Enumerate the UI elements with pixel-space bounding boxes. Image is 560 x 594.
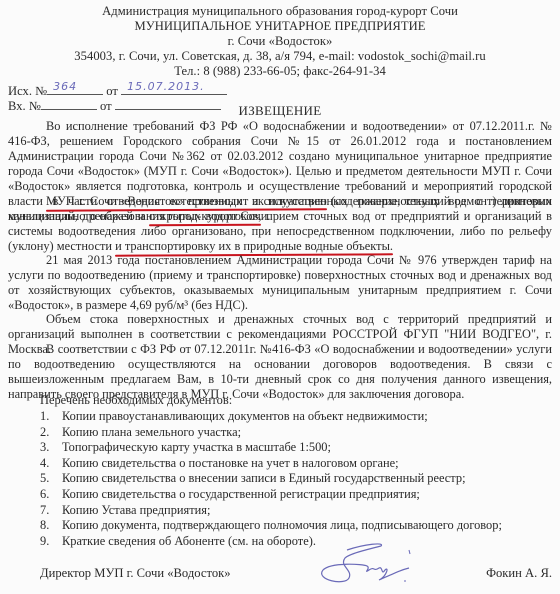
document-list-item: 2.Копию плана земельного участка;	[40, 425, 502, 441]
list-item-text: Копию документа, подтверждающего полномо…	[62, 518, 502, 534]
outgoing-date-field: 15.07.2013.	[121, 82, 227, 95]
list-item-text: Копию свидетельства о государственной ре…	[62, 487, 420, 503]
outgoing-label: Исх. №	[8, 84, 47, 98]
header-enterprise-name: г. Сочи «Водосток»	[0, 34, 560, 49]
document-list-item: 7.Копию Устава предприятия;	[40, 503, 502, 519]
underlined-phrase: и транспортировку их в природные водные …	[115, 239, 393, 253]
documents-heading: Перечень необходимых документов:	[40, 393, 232, 408]
document-list-item: 9.Краткие сведения об Абоненте (см. на о…	[40, 534, 502, 550]
list-item-number: 1.	[40, 409, 62, 425]
signatory-position: Директор МУП г. Сочи «Водосток»	[40, 566, 231, 581]
list-item-number: 3.	[40, 440, 62, 456]
document-list-item: 8.Копию документа, подтверждающего полно…	[40, 518, 502, 534]
underlined-phrase: открытых водотоков,	[149, 209, 261, 223]
document-list-item: 5.Копию свидетельства о внесении записи …	[40, 471, 502, 487]
list-item-number: 7.	[40, 503, 62, 519]
header-address: 354003, г. Сочи, ул. Советская, д. 38, а…	[0, 49, 560, 64]
document-title: ИЗВЕЩЕНИЕ	[0, 103, 560, 119]
documents-list: 1.Копии правоустанавливающих документов …	[40, 409, 502, 549]
list-item-number: 2.	[40, 425, 62, 441]
list-item-number: 5.	[40, 471, 62, 487]
signature-icon	[305, 536, 415, 588]
outgoing-from-label: от	[106, 84, 118, 98]
list-item-number: 8.	[40, 518, 62, 534]
list-item-text: Топографическую карту участка в масштабе…	[62, 440, 331, 456]
list-item-text: Краткие сведения об Абоненте (см. на обо…	[62, 534, 316, 550]
list-item-number: 6.	[40, 487, 62, 503]
underlined-phrase: МУП г. Сочи «Водосток» производит эксплу…	[46, 194, 327, 208]
document-list-item: 1.Копии правоустанавливающих документов …	[40, 409, 502, 425]
outgoing-number: 364	[53, 79, 77, 94]
paragraph-operations: МУП г. Сочи «Водосток» производит эксплу…	[8, 194, 552, 254]
document-list-item: 6.Копию свидетельства о государственной …	[40, 487, 502, 503]
list-item-text: Копию плана земельного участка;	[62, 425, 241, 441]
header-enterprise-type: МУНИЦИПАЛЬНОЕ УНИТАРНОЕ ПРЕДПРИЯТИЕ	[0, 19, 560, 34]
header-phone: Тел.: 8 (988) 233-66-05; факс-264-91-34	[0, 64, 560, 79]
notice-document: Администрация муниципального образования…	[0, 0, 560, 594]
outgoing-date: 15.07.2013.	[127, 79, 204, 94]
list-item-number: 4.	[40, 456, 62, 472]
document-list-item: 4.Копию свидетельства о постановке на уч…	[40, 456, 502, 472]
list-item-text: Копии правоустанавливающих документов на…	[62, 409, 428, 425]
signatory-name: Фокин А. Я.	[486, 566, 552, 581]
document-list-item: 3.Топографическую карту участка в масшта…	[40, 440, 502, 456]
outgoing-number-field: 364	[47, 82, 103, 95]
list-item-number: 9.	[40, 534, 62, 550]
list-item-text: Копию Устава предприятия;	[62, 503, 210, 519]
list-item-text: Копию свидетельства о постановке на учет…	[62, 456, 399, 472]
paragraph-tariff: 21 мая 2013 года постановлением Админист…	[8, 253, 552, 313]
header-administration: Администрация муниципального образования…	[0, 4, 560, 19]
list-item-text: Копию свидетельства о внесении записи в …	[62, 471, 466, 487]
